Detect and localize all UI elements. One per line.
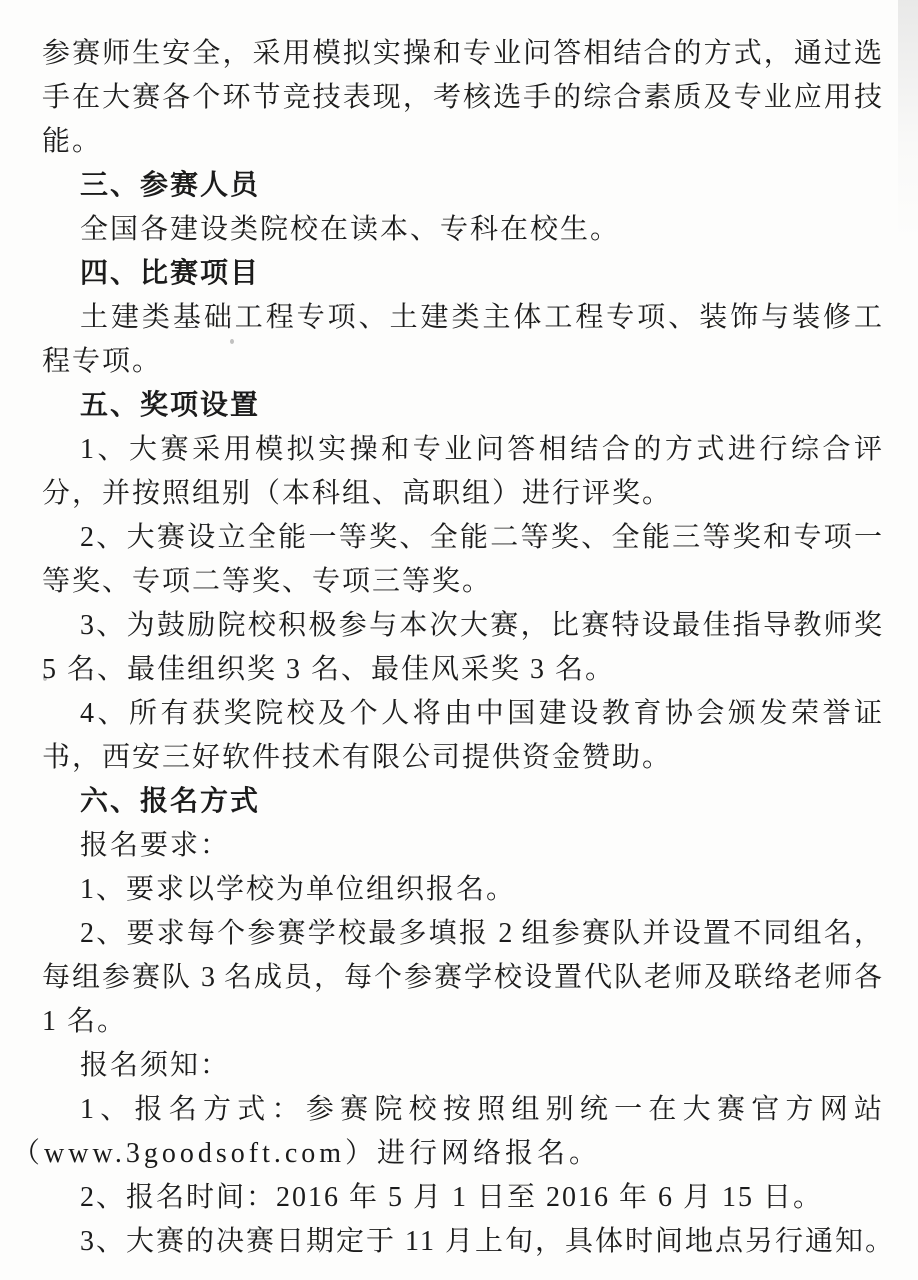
section-heading: 四、比赛项目 (42, 252, 882, 296)
text-line: 等奖、专项二等奖、专项三等奖。 (42, 560, 882, 604)
text-line: 3、为鼓励院校积极参与本次大赛，比赛特设最佳指导教师奖 (42, 604, 882, 648)
text-line: 能。 (42, 120, 882, 164)
text-line: 1 名。 (42, 1000, 882, 1044)
text-line: 2、要求每个参赛学校最多填报 2 组参赛队并设置不同组名， (42, 912, 882, 956)
text-line: 全国各建设类院校在读本、专科在校生。 (42, 208, 882, 252)
text-line: 每组参赛队 3 名成员，每个参赛学校设置代队老师及联络老师各 (42, 956, 882, 1000)
text-line: 1、要求以学校为单位组织报名。 (42, 868, 882, 912)
text-line: 报名要求： (42, 824, 882, 868)
text-line: 参赛师生安全，采用模拟实操和专业问答相结合的方式，通过选 (42, 32, 882, 76)
text-line: 3、大赛的决赛日期定于 11 月上旬，具体时间地点另行通知。 (42, 1220, 882, 1264)
document-text-block: 参赛师生安全，采用模拟实操和专业问答相结合的方式，通过选手在大赛各个环节竞技表现… (42, 32, 882, 1264)
text-line: 土建类基础工程专项、土建类主体工程专项、装饰与装修工 (42, 296, 882, 340)
text-line: 5 名、最佳组织奖 3 名、最佳风采奖 3 名。 (42, 648, 882, 692)
text-line: 2、报名时间：2016 年 5 月 1 日至 2016 年 6 月 15 日。 (42, 1176, 882, 1220)
section-heading: 六、报名方式 (42, 780, 882, 824)
text-line: （www.3goodsoft.com）进行网络报名。 (12, 1132, 882, 1176)
section-heading: 三、参赛人员 (42, 164, 882, 208)
text-line: 2、大赛设立全能一等奖、全能二等奖、全能三等奖和专项一 (42, 516, 882, 560)
section-heading: 五、奖项设置 (42, 384, 882, 428)
text-line: 手在大赛各个环节竞技表现，考核选手的综合素质及专业应用技 (42, 76, 882, 120)
scan-edge-artifact (898, 0, 918, 240)
text-line: 报名须知： (42, 1044, 882, 1088)
text-line: 4、所有获奖院校及个人将由中国建设教育协会颁发荣誉证 (42, 692, 882, 736)
scanned-document-page: 参赛师生安全，采用模拟实操和专业问答相结合的方式，通过选手在大赛各个环节竞技表现… (0, 0, 918, 1280)
text-line: 1、大赛采用模拟实操和专业问答相结合的方式进行综合评 (42, 428, 882, 472)
text-line: 书，西安三好软件技术有限公司提供资金赞助。 (42, 736, 882, 780)
text-line: 1、报名方式：参赛院校按照组别统一在大赛官方网站 (42, 1088, 882, 1132)
text-line: 分，并按照组别（本科组、高职组）进行评奖。 (42, 472, 882, 516)
text-line: 程专项。 (42, 340, 882, 384)
